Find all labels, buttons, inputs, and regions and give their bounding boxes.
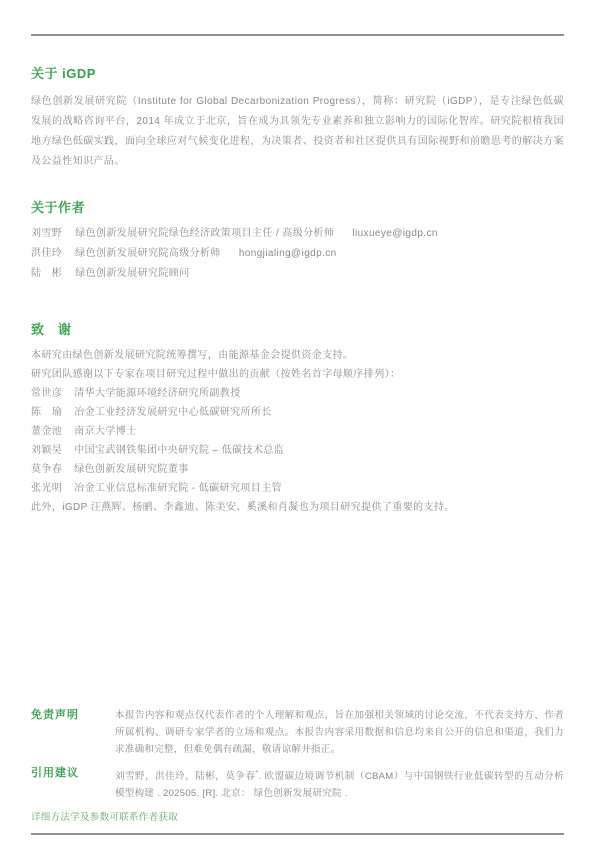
about-igdp-paragraph: 绿色创新发展研究院（Institute for Global Decarboni…	[31, 92, 564, 172]
author-row: 洪佳玲绿色创新发展研究院高级分析师hongjialing@igdp.cn	[31, 244, 564, 264]
author-name: 洪佳玲	[31, 248, 62, 259]
expert-role: 清华大学能源环境经济研究所副教授	[74, 388, 240, 399]
author-role: 绿色创新发展研究院绿色经济政策项目主任 / 高级分析师	[75, 228, 334, 239]
author-name: 刘雪野	[31, 228, 62, 239]
section-heading-acknowledgements: 致 谢	[31, 322, 564, 338]
author-role: 绿色创新发展研究院高级分析师	[75, 248, 221, 259]
section-heading-about-authors: 关于作者	[31, 200, 564, 216]
expert-row: 董金池南京大学博士	[31, 422, 564, 441]
acknowledgements-outro-line: 此外，iGDP 汪燕辉、杨鹂、李鑫迪、陈美安、奚溪和肖凝也为项目研究提供了重要的…	[31, 498, 564, 517]
disclaimer-body: 本报告内容和观点仅代表作者的个人理解和观点，旨在加强相关领域的讨论交流，不代表支…	[115, 707, 564, 758]
author-role: 绿色创新发展研究院顾问	[75, 268, 189, 279]
author-list: 刘雪野绿色创新发展研究院绿色经济政策项目主任 / 高级分析师liuxueye@i…	[31, 224, 564, 284]
expert-name: 陈 瑜	[31, 407, 62, 418]
citation-body: 刘雪野，洪佳玲，陆彬，莫争春*. 欧盟碳边境调节机制（CBAM）与中国钢铁行业低…	[115, 765, 564, 802]
expert-role: 冶金工业经济发展研究中心低碳研究所所长	[74, 407, 272, 418]
acknowledgements-intro-line: 本研究由绿色创新发展研究院统筹撰写，由能源基金会提供资金支持。	[31, 346, 564, 365]
expert-row: 刘颖昊中国宝武钢铁集团中央研究院 – 低碳技术总监	[31, 441, 564, 460]
author-name: 陆 彬	[31, 268, 62, 279]
expert-role: 绿色创新发展研究院董事	[74, 464, 188, 475]
expert-role: 南京大学博士	[74, 426, 136, 437]
expert-row: 常世彦清华大学能源环境经济研究所副教授	[31, 384, 564, 403]
acknowledgements-intro-line: 研究团队感谢以下专家在项目研究过程中做出的贡献（按姓名首字母顺序排列）：	[31, 365, 564, 384]
expert-row: 陈 瑜冶金工业经济发展研究中心低碳研究所所长	[31, 403, 564, 422]
citation-label: 引用建议	[31, 765, 115, 782]
methodology-footnote: 详细方法学及参数可联系作者获取	[31, 812, 564, 824]
expert-role: 中国宝武钢铁集团中央研究院 – 低碳技术总监	[74, 445, 284, 456]
citation-section: 引用建议 刘雪野，洪佳玲，陆彬，莫争春*. 欧盟碳边境调节机制（CBAM）与中国…	[31, 765, 564, 802]
expert-role: 冶金工业信息标准研究院 - 低碳研究项目主管	[74, 483, 282, 494]
bottom-divider	[31, 833, 564, 835]
author-email: hongjialing@igdp.cn	[239, 248, 337, 259]
disclaimer-label: 免责声明	[31, 707, 115, 724]
expert-name: 刘颖昊	[31, 445, 62, 456]
disclaimer-section: 免责声明 本报告内容和观点仅代表作者的个人理解和观点，旨在加强相关领域的讨论交流…	[31, 707, 564, 758]
expert-name: 张光明	[31, 483, 62, 494]
author-row: 陆 彬绿色创新发展研究院顾问	[31, 264, 564, 284]
expert-name: 董金池	[31, 426, 62, 437]
author-email: liuxueye@igdp.cn	[352, 228, 438, 239]
author-row: 刘雪野绿色创新发展研究院绿色经济政策项目主任 / 高级分析师liuxueye@i…	[31, 224, 564, 244]
expert-name: 莫争春	[31, 464, 62, 475]
expert-row: 张光明冶金工业信息标准研究院 - 低碳研究项目主管	[31, 479, 564, 498]
section-heading-about-igdp: 关于 iGDP	[31, 66, 564, 82]
citation-authors: 刘雪野，洪佳玲，陆彬，莫争春	[115, 771, 255, 782]
top-divider	[31, 34, 564, 36]
acknowledgements-block: 本研究由绿色创新发展研究院统筹撰写，由能源基金会提供资金支持。 研究团队感谢以下…	[31, 346, 564, 517]
expert-row: 莫争春绿色创新发展研究院董事	[31, 460, 564, 479]
expert-name: 常世彦	[31, 388, 62, 399]
report-page: 关于 iGDP 绿色创新发展研究院（Institute for Global D…	[0, 0, 595, 841]
